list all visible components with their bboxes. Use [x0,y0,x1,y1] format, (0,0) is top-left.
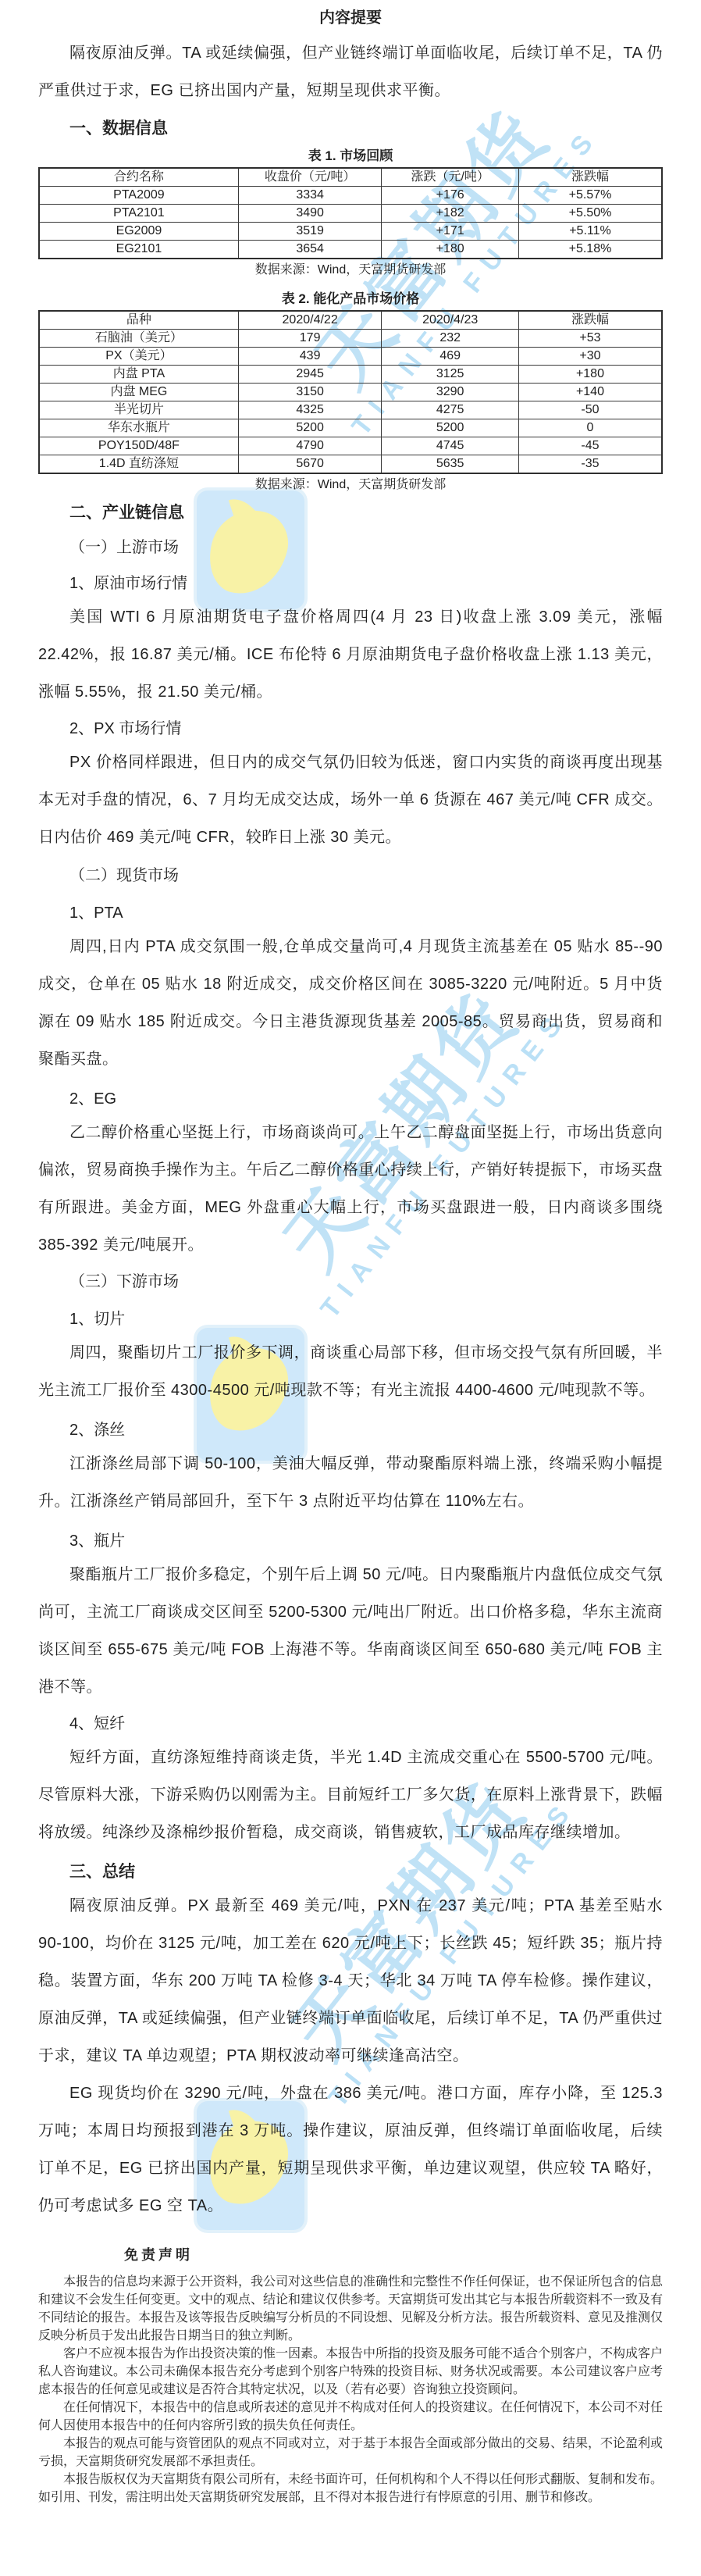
report-content: 内容提要 隔夜原油反弹。TA 或延续偏强，但产业链终端订单面临收尾，后续订单不足… [0,0,701,2506]
cell-change: 0 [518,419,662,437]
table-row: EG2009 3519 +171 +5.11% [39,223,662,241]
cell-price-curr: 3125 [382,366,519,384]
cell-change: +53 [518,330,662,348]
item-staple-heading: 4、短纤 [38,1712,663,1736]
cell-product: PX（美元） [39,348,238,366]
col-header: 涨跌幅 [518,168,662,187]
product-price-table: 品种 2020/4/22 2020/4/23 涨跌幅 石脑油（美元） 179 2… [38,310,663,474]
cell-change-pct: +5.18% [518,241,662,259]
table-header-row: 品种 2020/4/22 2020/4/23 涨跌幅 [39,311,662,330]
table-row: POY150D/48F 4790 4745 -45 [39,437,662,455]
cell-price-prev: 4790 [238,437,382,455]
cell-change-pct: +5.57% [518,187,662,205]
table2-source: 数据来源：Wind，天富期货研发部 [38,476,663,494]
staple-paragraph: 短纤方面，直纺涤短维持商谈走货，半光 1.4D 主流成交重心在 5500-570… [38,1739,663,1851]
cell-change: +182 [382,205,519,223]
cell-change: +180 [518,366,662,384]
cell-change: -45 [518,437,662,455]
cell-price-curr: 469 [382,348,519,366]
disclaimer-paragraph: 客户不应视本报告为作出投资决策的惟一因素。本报告中所指的投资及服务可能不适合个别… [38,2345,663,2399]
cell-product: 内盘 PTA [39,366,238,384]
cell-price-prev: 5200 [238,419,382,437]
cell-change: +171 [382,223,519,241]
bottle-paragraph: 聚酯瓶片工厂报价多稳定，个别午后上调 50 元/吨。日内聚酯瓶片内盘低位成交气氛… [38,1556,663,1706]
table-header-row: 合约名称 收盘价（元/吨） 涨跌（元/吨） 涨跌幅 [39,168,662,187]
cell-contract: EG2101 [39,241,238,259]
cell-close: 3490 [238,205,382,223]
conclusion-paragraph-1: 隔夜原油反弹。PX 最新至 469 美元/吨，PXN 在 237 美元/吨；PT… [38,1887,663,2075]
table-row: 华东水瓶片 5200 5200 0 [39,419,662,437]
cell-product: 华东水瓶片 [39,419,238,437]
col-header: 合约名称 [39,168,238,187]
cell-price-prev: 179 [238,330,382,348]
disclaimer-paragraph: 在任何情况下，本报告中的信息或所表述的意见并不构成对任何人的投资建议。在任何情况… [38,2399,663,2435]
col-header: 品种 [39,311,238,330]
cell-price-curr: 3290 [382,384,519,401]
cell-price-curr: 4275 [382,401,519,419]
cell-contract: PTA2009 [39,187,238,205]
cell-price-prev: 5670 [238,455,382,474]
cell-product: 1.4D 直纺涤短 [39,455,238,474]
col-header: 涨跌（元/吨） [382,168,519,187]
cell-close: 3519 [238,223,382,241]
cell-change-pct: +5.50% [518,205,662,223]
subsection-downstream: （三）下游市场 [38,1270,663,1293]
table2-caption: 表 2. 能化产品市场价格 [38,290,663,309]
pta-paragraph: 周四,日内 PTA 成交氛围一般,仓单成交量尚可,4 月现货主流基差在 05 贴… [38,928,663,1078]
subsection-spot: （二）现货市场 [38,864,663,887]
conclusion-paragraph-2: EG 现货均价在 3290 元/吨，外盘在 386 美元/吨。港口方面，库存小降… [38,2075,663,2225]
item-yarn-heading: 2、涤丝 [38,1418,663,1442]
col-header: 涨跌幅 [518,311,662,330]
cell-change-pct: +5.11% [518,223,662,241]
cell-change: +176 [382,187,519,205]
cell-change: +180 [382,241,519,259]
disclaimer-title: 免责声明 [124,2245,663,2265]
table1-source: 数据来源：Wind，天富期货研发部 [38,262,663,279]
cell-price-prev: 4325 [238,401,382,419]
table-row: PTA2101 3490 +182 +5.50% [39,205,662,223]
cell-change: -35 [518,455,662,474]
section-heading-conclusion: 三、总结 [38,1861,663,1884]
table-row: 1.4D 直纺涤短 5670 5635 -35 [39,455,662,474]
crude-paragraph: 美国 WTI 6 月原油期货电子盘价格周四(4 月 23 日)收盘上涨 3.09… [38,598,663,711]
cell-product: 半光切片 [39,401,238,419]
table-row: 内盘 PTA 2945 3125 +180 [39,366,662,384]
item-chip-heading: 1、切片 [38,1308,663,1331]
item-bottle-heading: 3、瓶片 [38,1529,663,1553]
report-page: 天富期货 TIANFU FUTURES 天富期货 TIANFU FUTURES … [0,0,701,2576]
section-heading-industry-chain: 二、产业链信息 [38,501,663,525]
item-eg-heading: 2、EG [38,1087,663,1111]
cell-close: 3334 [238,187,382,205]
table-row: EG2101 3654 +180 +5.18% [39,241,662,259]
cell-price-curr: 5635 [382,455,519,474]
eg-paragraph: 乙二醇价格重心坚挺上行，市场商谈尚可。上午乙二醇盘面坚挺上行，市场出货意向偏浓，… [38,1114,663,1264]
table-row: PTA2009 3334 +176 +5.57% [39,187,662,205]
item-crude-heading: 1、原油市场行情 [38,572,663,595]
cell-product: 石脑油（美元） [39,330,238,348]
table-row: 内盘 MEG 3150 3290 +140 [39,384,662,401]
disclaimer-paragraph: 本报告版权仅为天富期货有限公司所有，未经书面许可，任何机构和个人不得以任何形式翻… [38,2471,663,2506]
col-header: 收盘价（元/吨） [238,168,382,187]
cell-change: -50 [518,401,662,419]
cell-contract: PTA2101 [39,205,238,223]
item-px-heading: 2、PX 市场行情 [38,717,663,740]
px-paragraph: PX 价格同样跟进，但日内的成交气氛仍旧较为低迷，窗口内实货的商谈再度出现基本无… [38,744,663,856]
cell-price-prev: 439 [238,348,382,366]
cell-price-prev: 2945 [238,366,382,384]
table-row: PX（美元） 439 469 +30 [39,348,662,366]
cell-product: POY150D/48F [39,437,238,455]
cell-product: 内盘 MEG [39,384,238,401]
col-header: 2020/4/23 [382,311,519,330]
disclaimer-paragraph: 本报告的观点可能与资管团队的观点不同或对立，对于基于本报告全面或部分做出的交易、… [38,2435,663,2471]
col-header: 2020/4/22 [238,311,382,330]
table1-caption: 表 1. 市场回顾 [38,147,663,166]
section-heading-data-info: 一、数据信息 [38,117,663,141]
chip-paragraph: 周四，聚酯切片工厂报价多下调，商谈重心局部下移，但市场交投气氛有所回暖，半光主流… [38,1334,663,1409]
item-pta-heading: 1、PTA [38,901,663,925]
cell-price-curr: 232 [382,330,519,348]
cell-change: +30 [518,348,662,366]
cell-price-prev: 3150 [238,384,382,401]
yarn-paragraph: 江浙涤丝局部下调 50-100，美油大幅反弹，带动聚酯原料端上涨，终端采购小幅提… [38,1445,663,1520]
table-row: 石脑油（美元） 179 232 +53 [39,330,662,348]
cell-contract: EG2009 [39,223,238,241]
summary-paragraph: 隔夜原油反弹。TA 或延续偏强，但产业链终端订单面临收尾，后续订单不足，TA 仍… [38,34,663,109]
cell-change: +140 [518,384,662,401]
cell-price-curr: 4745 [382,437,519,455]
disclaimer-block: 本报告的信息均来源于公开资料，我公司对这些信息的准确性和完整性不作任何保证，也不… [38,2273,663,2506]
cell-close: 3654 [238,241,382,259]
cell-price-curr: 5200 [382,419,519,437]
table-row: 半光切片 4325 4275 -50 [39,401,662,419]
page-title: 内容提要 [38,6,663,30]
subsection-upstream: （一）上游市场 [38,536,663,559]
disclaimer-paragraph: 本报告的信息均来源于公开资料，我公司对这些信息的准确性和完整性不作任何保证，也不… [38,2273,663,2345]
market-review-table: 合约名称 收盘价（元/吨） 涨跌（元/吨） 涨跌幅 PTA2009 3334 +… [38,167,663,259]
